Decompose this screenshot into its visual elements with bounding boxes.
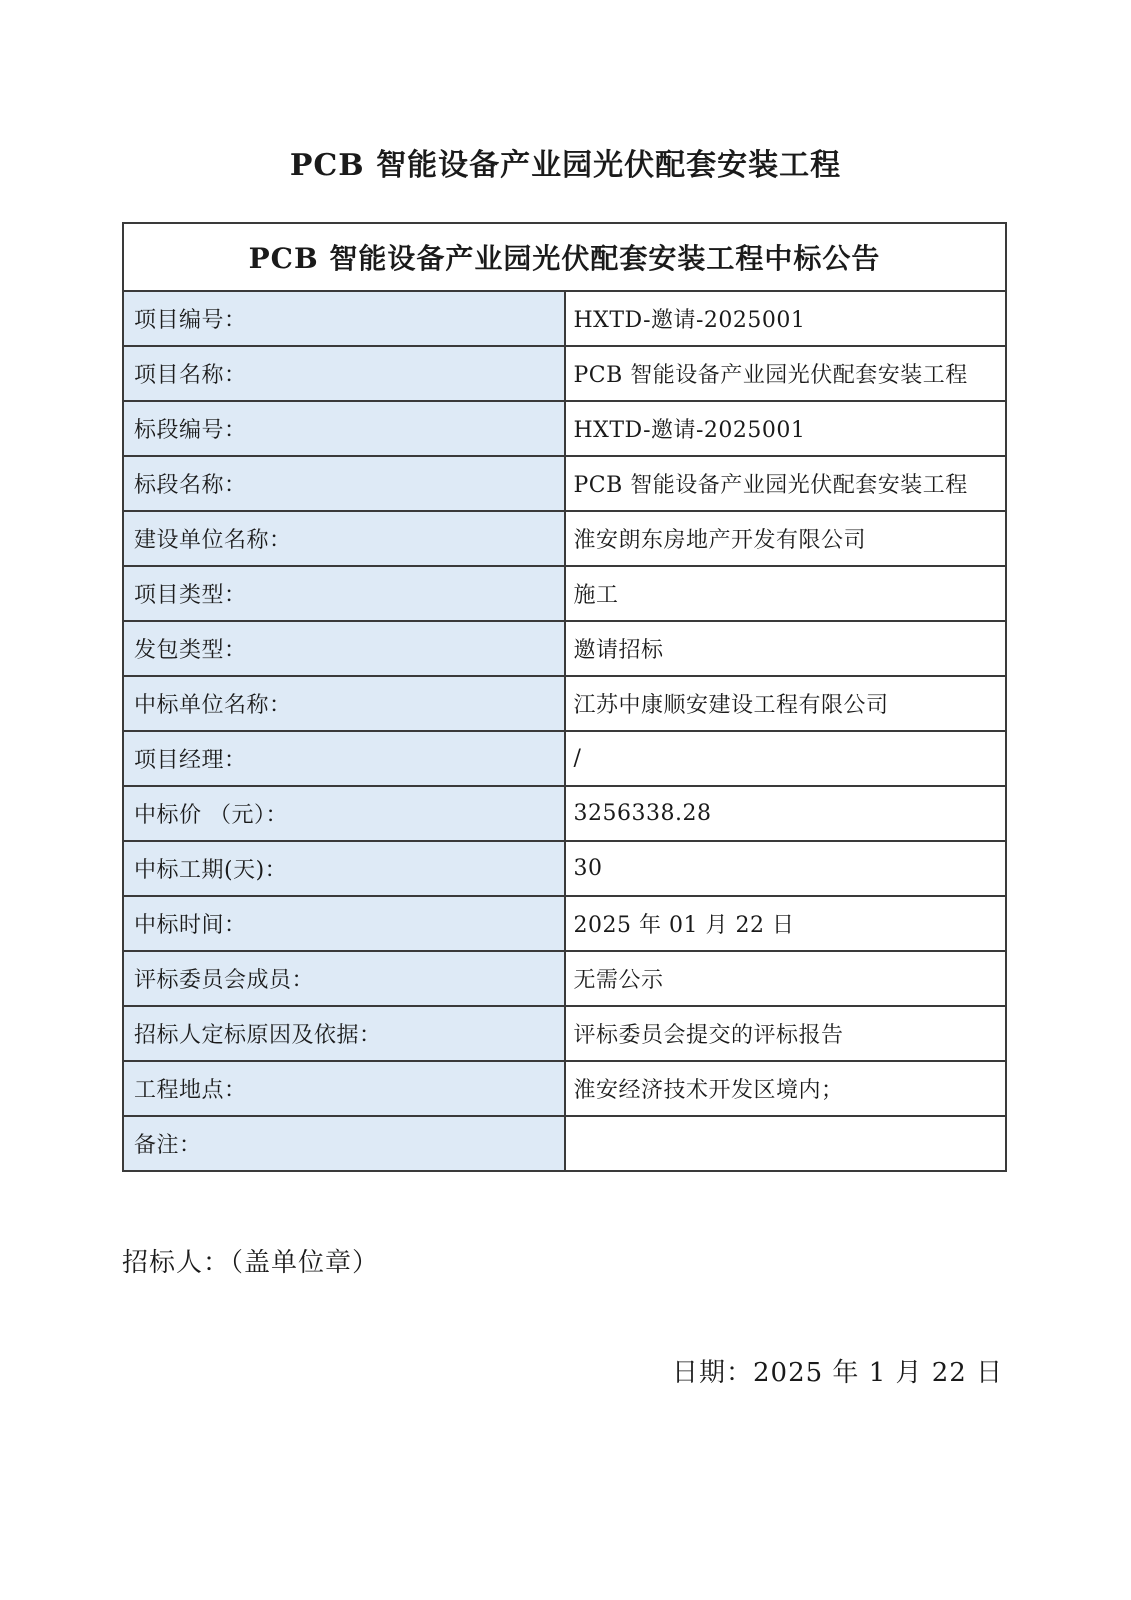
row-label: 标段名称： <box>123 456 565 511</box>
row-value: HXTD-邀请-2025001 <box>565 291 1007 346</box>
row-label: 中标单位名称： <box>123 676 565 731</box>
row-label: 备注： <box>123 1116 565 1171</box>
row-label: 项目名称： <box>123 346 565 401</box>
row-label: 建设单位名称： <box>123 511 565 566</box>
table-row: 中标价 （元）： 3256338.28 <box>123 786 1006 841</box>
table-header-title: PCB 智能设备产业园光伏配套安装工程中标公告 <box>123 223 1006 291</box>
table-row: 标段名称： PCB 智能设备产业园光伏配套安装工程 <box>123 456 1006 511</box>
table-row: 标段编号： HXTD-邀请-2025001 <box>123 401 1006 456</box>
row-label: 项目编号： <box>123 291 565 346</box>
table-row: 项目编号： HXTD-邀请-2025001 <box>123 291 1006 346</box>
row-value: 施工 <box>565 566 1007 621</box>
table-row: 项目名称： PCB 智能设备产业园光伏配套安装工程 <box>123 346 1006 401</box>
table-row: 中标时间： 2025 年 01 月 22 日 <box>123 896 1006 951</box>
row-value: 2025 年 01 月 22 日 <box>565 896 1007 951</box>
row-value: 3256338.28 <box>565 786 1007 841</box>
table-row: 项目经理： / <box>123 731 1006 786</box>
tenderer-signature-line: 招标人：（盖单位章） <box>122 1242 379 1279</box>
table-row: 建设单位名称： 淮安朗东房地产开发有限公司 <box>123 511 1006 566</box>
row-label: 标段编号： <box>123 401 565 456</box>
row-value: PCB 智能设备产业园光伏配套安装工程 <box>565 346 1007 401</box>
row-value: 30 <box>565 841 1007 896</box>
row-value: 邀请招标 <box>565 621 1007 676</box>
row-label: 中标价 （元）： <box>123 786 565 841</box>
row-value: HXTD-邀请-2025001 <box>565 401 1007 456</box>
row-value <box>565 1116 1007 1171</box>
row-label: 招标人定标原因及依据： <box>123 1006 565 1061</box>
row-label: 工程地点： <box>123 1061 565 1116</box>
table-row: 评标委员会成员： 无需公示 <box>123 951 1006 1006</box>
document-title: PCB 智能设备产业园光伏配套安装工程 <box>0 140 1131 184</box>
row-value: 淮安朗东房地产开发有限公司 <box>565 511 1007 566</box>
table-row: 备注： <box>123 1116 1006 1171</box>
table-row: 项目类型： 施工 <box>123 566 1006 621</box>
table-row: 中标工期(天)： 30 <box>123 841 1006 896</box>
row-label: 评标委员会成员： <box>123 951 565 1006</box>
row-value: / <box>565 731 1007 786</box>
table-row: 中标单位名称： 江苏中康顺安建设工程有限公司 <box>123 676 1006 731</box>
table-row: 招标人定标原因及依据： 评标委员会提交的评标报告 <box>123 1006 1006 1061</box>
announcement-table: PCB 智能设备产业园光伏配套安装工程中标公告 项目编号： HXTD-邀请-20… <box>122 222 1007 1172</box>
row-value: 无需公示 <box>565 951 1007 1006</box>
row-value: 淮安经济技术开发区境内； <box>565 1061 1007 1116</box>
table-row: 发包类型： 邀请招标 <box>123 621 1006 676</box>
row-value: 江苏中康顺安建设工程有限公司 <box>565 676 1007 731</box>
row-value: PCB 智能设备产业园光伏配套安装工程 <box>565 456 1007 511</box>
row-value: 评标委员会提交的评标报告 <box>565 1006 1007 1061</box>
row-label: 中标时间： <box>123 896 565 951</box>
table-row: 工程地点： 淮安经济技术开发区境内； <box>123 1061 1006 1116</box>
row-label: 项目类型： <box>123 566 565 621</box>
table-header-row: PCB 智能设备产业园光伏配套安装工程中标公告 <box>123 223 1006 291</box>
row-label: 中标工期(天)： <box>123 841 565 896</box>
row-label: 项目经理： <box>123 731 565 786</box>
date-line: 日期：2025 年 1 月 22 日 <box>672 1352 1003 1389</box>
document-page: PCB 智能设备产业园光伏配套安装工程 PCB 智能设备产业园光伏配套安装工程中… <box>0 0 1131 1600</box>
row-label: 发包类型： <box>123 621 565 676</box>
